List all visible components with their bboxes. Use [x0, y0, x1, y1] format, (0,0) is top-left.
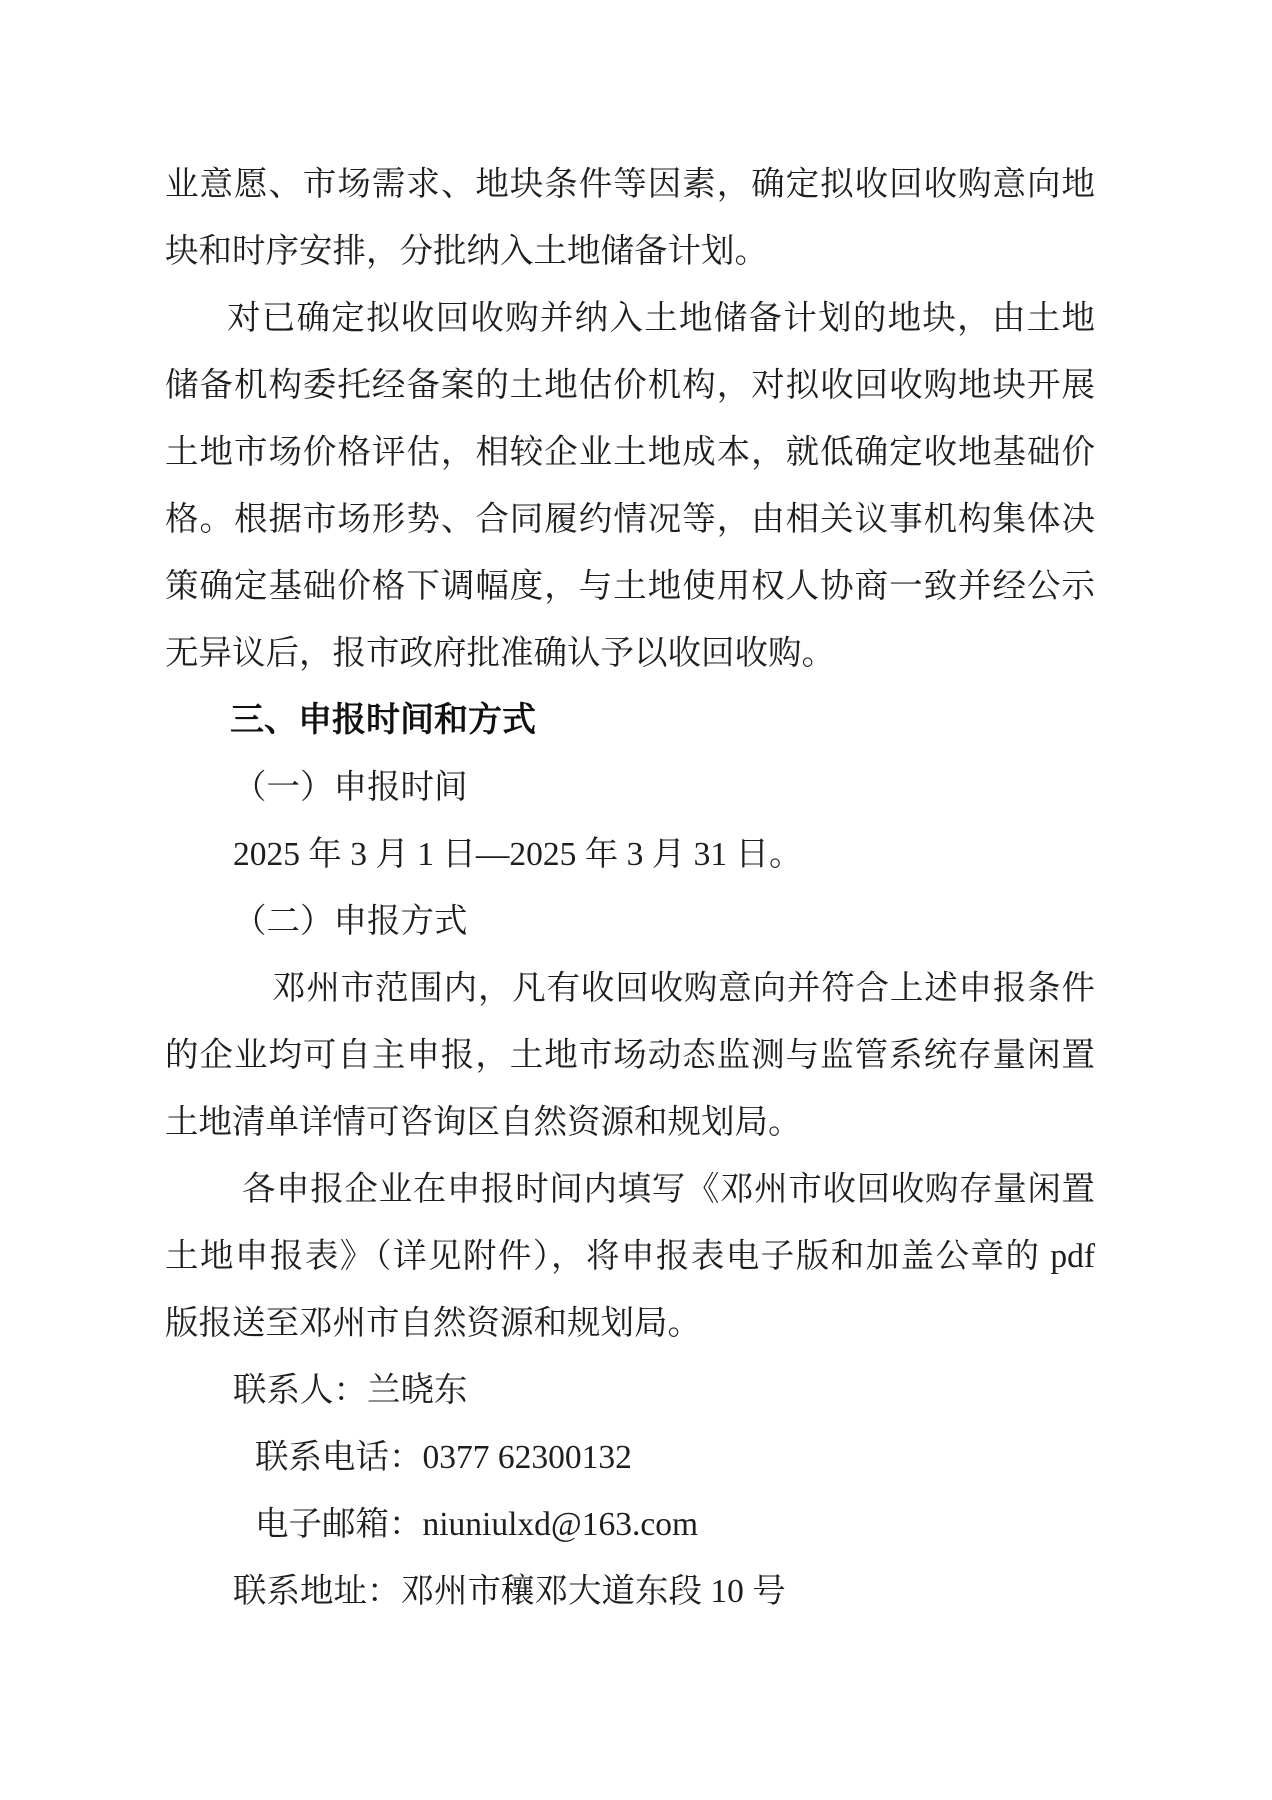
paragraph-self-declaration-scope: 邓州市范围内，凡有收回收购意向并符合上述申报条件的企业均可自主申报，土地市场动态…: [165, 955, 1095, 1156]
contact-phone-line: 联系电话：0377 62300132: [165, 1424, 1095, 1491]
paragraph-reserve-plan-continuation: 业意愿、市场需求、地块条件等因素，确定拟收回收购意向地块和时序安排，分批纳入土地…: [165, 151, 1095, 285]
subheading-declaration-method: （二）申报方式: [165, 888, 1095, 955]
heading-declaration-time-and-method: 三、申报时间和方式: [165, 687, 1095, 754]
subheading-declaration-time: （一）申报时间: [165, 754, 1095, 821]
document-body: 业意愿、市场需求、地块条件等因素，确定拟收回收购意向地块和时序安排，分批纳入土地…: [165, 151, 1095, 1625]
paragraph-declaration-dates: 2025 年 3 月 1 日—2025 年 3 月 31 日。: [165, 821, 1095, 888]
paragraph-repurchase-valuation: 对已确定拟收回收购并纳入土地储备计划的地块，由土地储备机构委托经备案的土地估价机…: [165, 285, 1095, 687]
contact-person-line: 联系人：兰晓东: [165, 1357, 1095, 1424]
paragraph-declaration-form-submission: 各申报企业在申报时间内填写《邓州市收回收购存量闲置土地申报表》（详见附件），将申…: [165, 1156, 1095, 1357]
document-page: 业意愿、市场需求、地块条件等因素，确定拟收回收购意向地块和时序安排，分批纳入土地…: [0, 0, 1272, 1800]
contact-email-line: 电子邮箱：niuniulxd@163.com: [165, 1491, 1095, 1558]
contact-address-line: 联系地址：邓州市穰邓大道东段 10 号: [165, 1558, 1095, 1625]
